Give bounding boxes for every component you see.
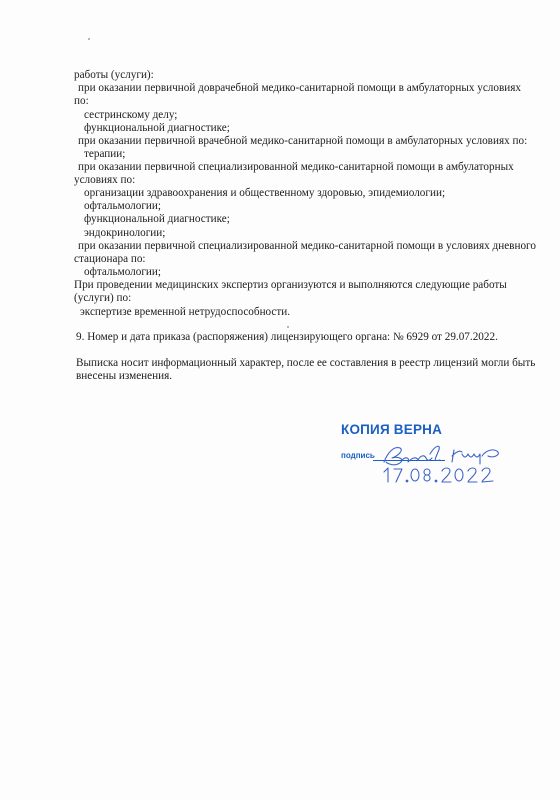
scan-speck bbox=[88, 38, 90, 40]
handwritten-signature-icon bbox=[380, 440, 520, 485]
text-line: офтальмологии; bbox=[84, 200, 161, 213]
text-line: сестринскому делу; bbox=[84, 109, 177, 122]
text-line: при оказании первичной доврачебной медик… bbox=[78, 82, 521, 95]
certified-copy-stamp: КОПИЯ ВЕРНА bbox=[341, 422, 442, 437]
text-line: стационара по: bbox=[74, 253, 146, 266]
order-number-line: 9. Номер и дата приказа (распоряжения) л… bbox=[76, 331, 498, 344]
text-line: терапии; bbox=[84, 148, 125, 161]
text-line: при оказании первичной специализированно… bbox=[78, 240, 536, 253]
signature-label: подпись bbox=[341, 451, 375, 460]
disclaimer-line: Выписка носит информационный характер, п… bbox=[76, 357, 535, 370]
text-line: экспертизе временной нетрудоспособности. bbox=[80, 306, 290, 319]
text-line: работы (услуги): bbox=[74, 69, 154, 82]
text-line: организации здравоохранения и общественн… bbox=[84, 187, 445, 200]
text-line: эндокринологии; bbox=[84, 227, 165, 240]
disclaimer-line: внесены изменения. bbox=[76, 370, 172, 383]
text-line: офтальмологии; bbox=[84, 266, 161, 279]
text-line: функциональной диагностике; bbox=[84, 213, 230, 226]
text-line: при оказании первичной специализированно… bbox=[78, 161, 514, 174]
text-line: условиях по: bbox=[74, 174, 135, 187]
text-line: функциональной диагностике; bbox=[84, 122, 230, 135]
text-line: (услуги) по: bbox=[74, 292, 131, 305]
text-line: по: bbox=[74, 95, 89, 108]
text-line: при оказании первичной врачебной медико-… bbox=[78, 135, 527, 148]
scan-speck bbox=[287, 326, 289, 328]
document-page: работы (услуги): при оказании первичной … bbox=[0, 0, 560, 800]
text-line: При проведении медицинских экспертиз орг… bbox=[74, 279, 507, 292]
